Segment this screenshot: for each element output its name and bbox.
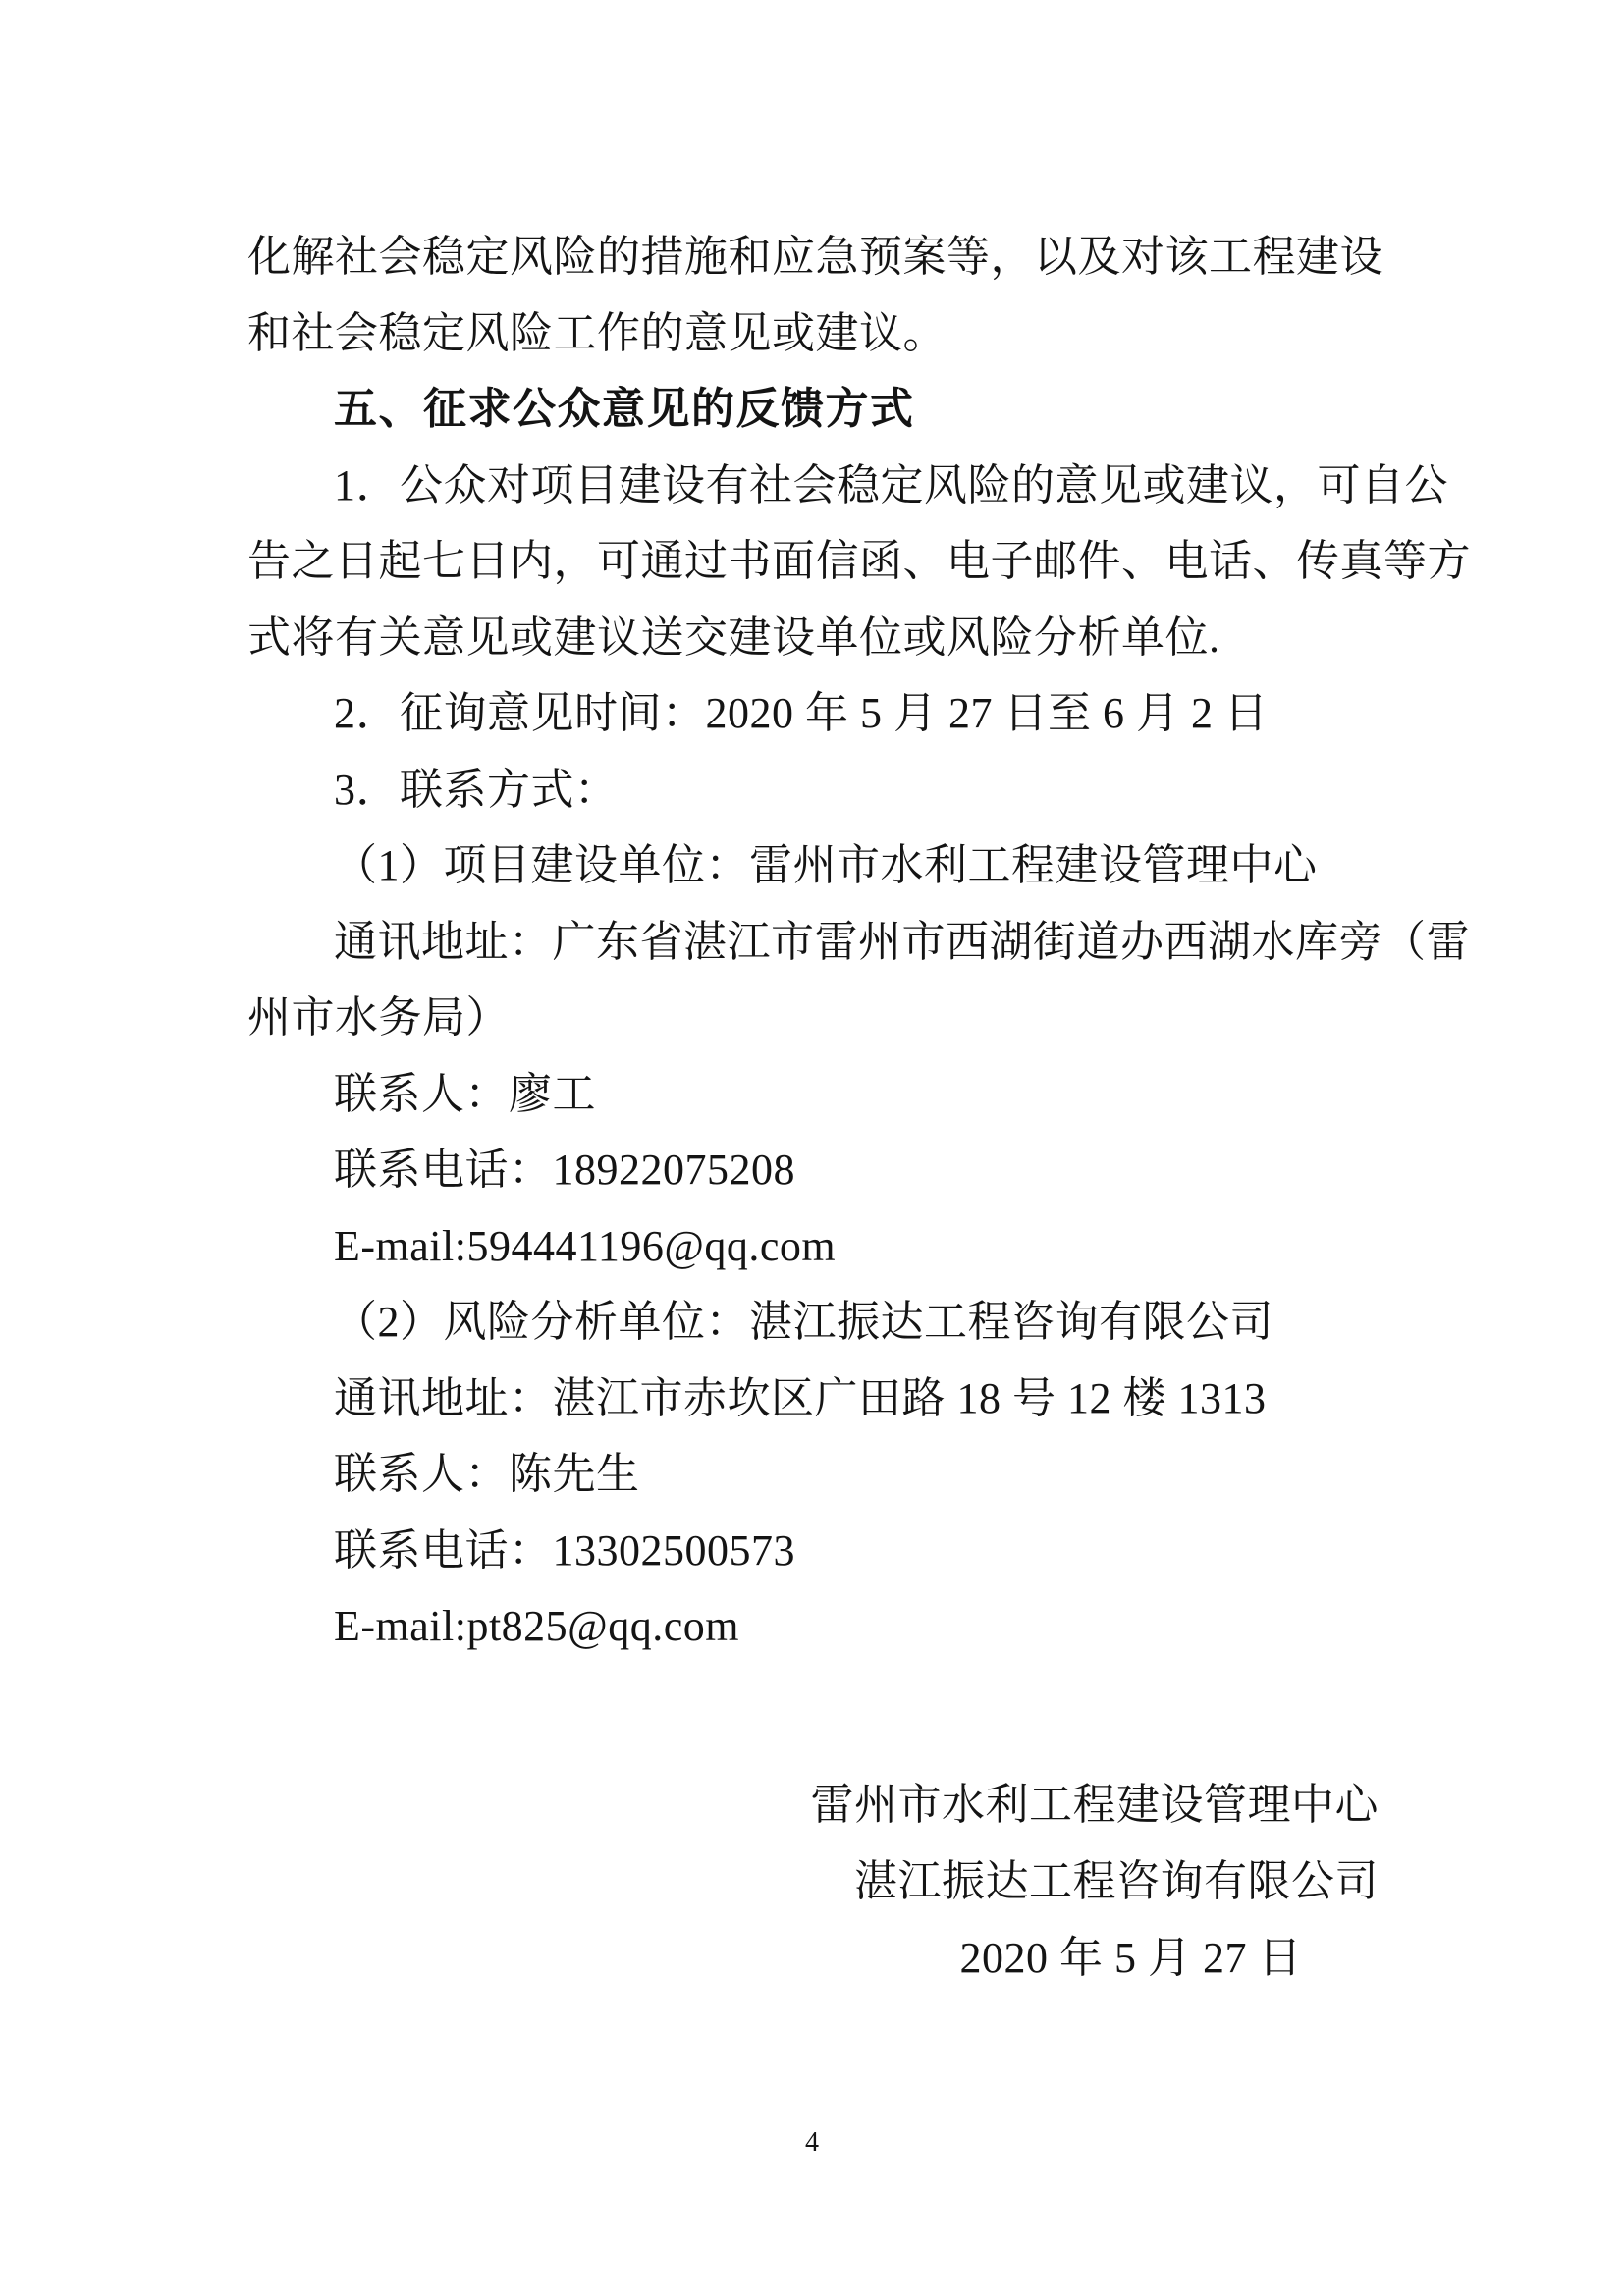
construction-unit-line: （1）项目建设单位：雷州市水利工程建设管理中心	[247, 828, 1379, 904]
para-public-opinion-2: 告之日起七日内，可通过书面信函、电子邮件、电话、传真等方	[247, 523, 1379, 600]
risk-analysis-unit-address: 通讯地址：湛江市赤坎区广田路 18 号 12 楼 1313	[247, 1361, 1379, 1437]
signature-risk-analysis-unit: 湛江振达工程咨询有限公司	[247, 1843, 1379, 1920]
body-line-measures-1: 化解社会稳定风险的措施和应急预案等，以及对该工程建设	[247, 219, 1379, 295]
para-public-opinion-1: 1．公众对项目建设有社会稳定风险的意见或建议，可自公	[247, 448, 1379, 524]
signature-block: 雷州市水利工程建设管理中心 湛江振达工程咨询有限公司 2020 年 5 月 27…	[247, 1767, 1379, 1997]
signature-date: 2020 年 5 月 27 日	[247, 1920, 1379, 1997]
construction-unit-email: E-mail:594441196@qq.com	[247, 1208, 1379, 1285]
signature-construction-unit: 雷州市水利工程建设管理中心	[247, 1767, 1379, 1843]
construction-unit-phone: 联系电话：18922075208	[247, 1132, 1379, 1208]
construction-unit-contact-person: 联系人：廖工	[247, 1056, 1379, 1133]
risk-analysis-unit-line: （2）风险分析单位：湛江振达工程咨询有限公司	[247, 1284, 1379, 1361]
risk-analysis-unit-phone: 联系电话：13302500573	[247, 1513, 1379, 1589]
document-page: 化解社会稳定风险的措施和应急预案等，以及对该工程建设 和社会稳定风险工作的意见或…	[0, 0, 1624, 2296]
document-body: 化解社会稳定风险的措施和应急预案等，以及对该工程建设 和社会稳定风险工作的意见或…	[247, 219, 1379, 1997]
construction-unit-address-1: 通讯地址：广东省湛江市雷州市西湖街道办西湖水库旁（雷	[247, 904, 1379, 981]
risk-analysis-unit-email: E-mail:pt825@qq.com	[247, 1588, 1379, 1665]
page-number: 4	[0, 2126, 1624, 2160]
para-contact-methods: 3．联系方式：	[247, 752, 1379, 828]
body-line-measures-2: 和社会稳定风险工作的意见或建议。	[247, 295, 1379, 372]
construction-unit-address-2: 州市水务局）	[247, 980, 1379, 1056]
section-heading-feedback: 五、征求公众意见的反馈方式	[247, 371, 1379, 448]
risk-analysis-unit-contact-person: 联系人：陈先生	[247, 1436, 1379, 1513]
para-consultation-period: 2．征询意见时间：2020 年 5 月 27 日至 6 月 2 日	[247, 675, 1379, 752]
para-public-opinion-3: 式将有关意见或建议送交建设单位或风险分析单位.	[247, 600, 1379, 676]
